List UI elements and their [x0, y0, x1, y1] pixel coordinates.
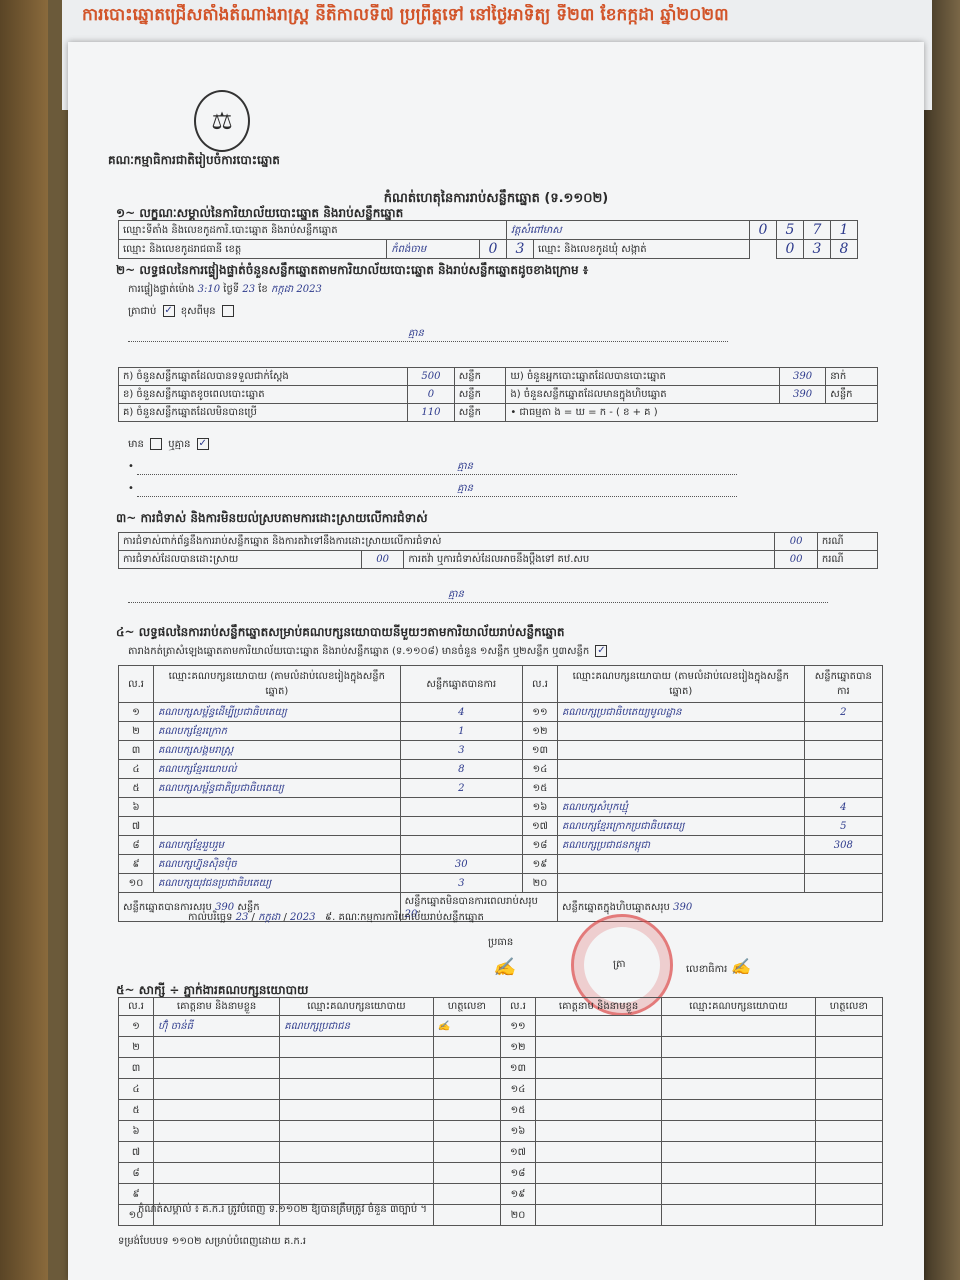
party-name — [154, 798, 401, 817]
col-party: ឈ្មោះគណបក្សនយោបាយ (តាមលំដាប់លេខរៀងក្នុងស… — [154, 666, 401, 703]
discrepancy-line: មាន ឬគ្មាន ✓ — [128, 437, 884, 452]
witness-name — [535, 1100, 661, 1121]
station-value: វត្តសំពៅមាស — [506, 221, 749, 240]
party-name — [154, 817, 401, 836]
col-party: ឈ្មោះគណបក្សនយោបាយ — [662, 998, 815, 1016]
party-no: ១២ — [522, 722, 557, 741]
date-label: កាលបរិច្ឆេទ — [188, 912, 232, 923]
unit: សន្លឹក — [454, 404, 506, 422]
witness-name — [154, 1163, 280, 1184]
party-no: ១៥ — [522, 779, 557, 798]
witness-signature — [433, 1100, 500, 1121]
total-invalid-label: សន្លឹកឆ្នោតមិនបានការពេលរាប់សរុប — [405, 896, 538, 907]
party-no: ១៨ — [522, 836, 557, 855]
witness-no: ៨ — [119, 1163, 154, 1184]
witness-party — [280, 1037, 433, 1058]
party-no: ១៩ — [522, 855, 557, 874]
witness-party — [280, 1079, 433, 1100]
section3-title: ៣~ ការជំទាស់ និងការមិនយល់ស្របតាមការដោះស្… — [116, 510, 428, 528]
province-code-digit: 0 — [479, 240, 506, 259]
witness-no: ១៤ — [500, 1079, 535, 1100]
party-votes — [400, 798, 522, 817]
party-votes — [804, 779, 882, 798]
complaints-table: ការជំទាស់ពាក់ព័ន្ធនឹងការរាប់សន្លឹកឆ្នោត … — [118, 532, 878, 569]
witness-signature — [433, 1121, 500, 1142]
date-day: 23 — [236, 912, 249, 923]
witness-party — [280, 1121, 433, 1142]
ballots-received: 500 — [408, 368, 454, 386]
witness-signature — [433, 1037, 500, 1058]
witness-signature — [815, 1142, 882, 1163]
party-votes — [804, 874, 882, 893]
party-name — [557, 760, 804, 779]
sheet-count-text: តារាងកត់ត្រាសំឡេងឆ្នោតតាមការិយាល័យបោះឆ្ន… — [128, 646, 589, 657]
witness-no: ១២ — [500, 1037, 535, 1058]
witness-no: ១៣ — [500, 1058, 535, 1079]
party-no: ១៦ — [522, 798, 557, 817]
witness-no: ១៥ — [500, 1100, 535, 1121]
party-votes — [400, 836, 522, 855]
party-no: ១៧ — [522, 817, 557, 836]
unit: ករណី — [817, 551, 877, 569]
col-votes: សន្លឹកឆ្នោតបានការ — [804, 666, 882, 703]
row-label: ង) ចំនួនសន្លឹកឆ្នោតដែលមានក្នុងហិបឆ្នោត — [506, 386, 779, 404]
party-votes: 308 — [804, 836, 882, 855]
note1-value: គ្មាន — [457, 461, 473, 472]
table-row: ៧១៧ — [119, 1142, 883, 1163]
table-row: ៥គណបក្សសម្ព័ន្ធជាតិប្រជាធិបតេយ្យ2១៥ — [119, 779, 883, 798]
section2-title: ២~ លទ្ធផលនៃការផ្ទៀងផ្ទាត់ចំនួនសន្លឹកឆ្នោ… — [116, 262, 588, 280]
col-party: ឈ្មោះគណបក្សនយោបាយ (តាមលំដាប់លេខរៀងក្នុងស… — [557, 666, 804, 703]
secretary-label: លេខាធិការ — [686, 964, 727, 975]
committee-label: ៩. គណៈកម្មការការិយាល័យរាប់សន្លឹកឆ្នោត — [325, 912, 484, 923]
col-no: ល.រ — [119, 666, 154, 703]
party-no: ៩ — [119, 855, 154, 874]
section4-title: ៤~ លទ្ធផលនៃការរាប់សន្លឹកឆ្នោតសម្រាប់គណបក… — [116, 624, 565, 642]
irregularity-note: គ្មាន — [448, 589, 464, 600]
party-no: ១៣ — [522, 741, 557, 760]
count-time-line: ការផ្ទៀងផ្ទាត់ម៉ោង 3:10 ថ្ងៃទី 23 ខែ កក្… — [128, 282, 884, 297]
form-reference: ទម្រង់បែបបទ ១១០២ សម្រាប់បំពេញដោយ គ.ក.រ — [118, 1234, 884, 1249]
witness-party — [280, 1100, 433, 1121]
seal-diff-checkbox[interactable] — [222, 305, 234, 317]
witness-no: ២ — [119, 1037, 154, 1058]
station-label: ឈ្មោះទីតាំង និងលេខកូដការិ.បោះឆ្នោត និងរា… — [119, 221, 507, 240]
row-label: ក) ចំនួនសន្លឹកឆ្នោតដែលបានទទួលជាក់ស្តែង — [119, 368, 408, 386]
witness-signature — [815, 1016, 882, 1037]
station-code-digit: 1 — [831, 221, 858, 240]
witness-signature — [433, 1142, 500, 1163]
province-code-digit: 3 — [506, 240, 533, 259]
col-sign: ហត្ថលេខា — [433, 998, 500, 1016]
witness-name — [535, 1079, 661, 1100]
party-name: គណបក្សសំបុកឃ្មុំ — [557, 798, 804, 817]
party-name: គណបក្សខ្មែរក្រោក — [154, 722, 401, 741]
resolved-label: ការជំទាស់ដែលបានដោះស្រាយ — [119, 551, 362, 569]
unit: នាក់ — [826, 368, 878, 386]
witness-name — [535, 1142, 661, 1163]
witness-name — [535, 1121, 661, 1142]
party-name — [557, 741, 804, 760]
row-label: ឃ) ចំនួនអ្នកបោះឆ្នោតដែលបានបោះឆ្នោត — [506, 368, 779, 386]
witness-signature — [815, 1121, 882, 1142]
party-name: គណបក្សសម្ព័ន្ធជាតិប្រជាធិបតេយ្យ — [154, 779, 401, 798]
note2-value: គ្មាន — [457, 483, 473, 494]
note1-line: • គ្មាន — [128, 459, 884, 475]
table-row: គ) ចំនួនសន្លឹកឆ្នោតដែលមិនបានប្រើ 110 សន្… — [119, 404, 878, 422]
commune-label: ឈ្មោះ និងលេខកូដឃុំ សង្កាត់ — [533, 240, 749, 259]
witness-no: ១ — [119, 1016, 154, 1037]
col-party: ឈ្មោះគណបក្សនយោបាយ — [280, 998, 433, 1016]
party-votes: 3 — [400, 741, 522, 760]
party-votes: 4 — [400, 703, 522, 722]
witness-signature — [815, 1100, 882, 1121]
diff-note-line: គ្មាន — [128, 326, 884, 342]
witness-name — [154, 1100, 280, 1121]
party-votes — [804, 760, 882, 779]
ballot-count-table: ក) ចំនួនសន្លឹកឆ្នោតដែលបានទទួលជាក់ស្តែង 5… — [118, 367, 878, 422]
table-row: ៨គណបក្សខ្មែររួបរួម១៨គណបក្សប្រជាជនកម្ពុជា… — [119, 836, 883, 855]
party-no: ៥ — [119, 779, 154, 798]
witness-signature — [433, 1079, 500, 1100]
party-name: គណបក្សសម្ព័ន្ធដើម្បីប្រជាធិបតេយ្យ — [154, 703, 401, 722]
party-name — [557, 874, 804, 893]
party-name: គណបក្សប្រជាធិបតេយ្យមូលដ្ឋាន — [557, 703, 804, 722]
witness-party: គណបក្សប្រជាជន — [280, 1016, 433, 1037]
table-row: ៧១៧គណបក្សខ្មែរក្រោកប្រជាធិបតេយ្យ5 — [119, 817, 883, 836]
table-row: ១ហ៊ុំ ចាន់ធីគណបក្សប្រជាជន✍១១ — [119, 1016, 883, 1037]
witness-no: ៣ — [119, 1058, 154, 1079]
witness-no: ៧ — [119, 1142, 154, 1163]
party-no: ១ — [119, 703, 154, 722]
table-row: ៣១៣ — [119, 1058, 883, 1079]
election-banner: ការបោះឆ្នោតជ្រើសតាំងតំណាងរាស្ត្រ នីតិកាល… — [82, 4, 912, 29]
party-name: គណបក្សខ្មែរក្រោកប្រជាធិបតេយ្យ — [557, 817, 804, 836]
party-no: ២០ — [522, 874, 557, 893]
col-sign: ហត្ថលេខា — [815, 998, 882, 1016]
footer-note: កំណត់សម្គាល់ ៖ គ.ក.រ ត្រូវបំពេញ ទ.១១០២ ឱ… — [138, 1202, 884, 1217]
party-no: ៦ — [119, 798, 154, 817]
appeal-label: ការតវ៉ា ឬការជំទាស់ដែលអាចនឹងប្ដឹងទៅ គឋ.សប — [404, 551, 775, 569]
has-diff-no-checkbox[interactable]: ✓ — [197, 438, 209, 450]
unit: សន្លឹក — [826, 386, 878, 404]
table-row: ៥១៥ — [119, 1100, 883, 1121]
table-row: ១គណបក្សសម្ព័ន្ធដើម្បីប្រជាធិបតេយ្យ4១១គណប… — [119, 703, 883, 722]
commune-code-digit: 0 — [777, 240, 804, 259]
witness-no: ១៦ — [500, 1121, 535, 1142]
witness-party — [662, 1142, 815, 1163]
witness-name — [535, 1163, 661, 1184]
wall-background-right — [920, 0, 960, 1280]
party-no: ៨ — [119, 836, 154, 855]
nec-logo-icon: ⚖ — [194, 90, 250, 152]
witness-party — [280, 1163, 433, 1184]
witness-party — [662, 1079, 815, 1100]
table-row: ៣គណបក្សសង្គមរាស្ត្រ3១៣ — [119, 741, 883, 760]
wall-background-left — [0, 0, 48, 1280]
witness-party — [662, 1058, 815, 1079]
witness-party — [662, 1037, 815, 1058]
party-votes: 4 — [804, 798, 882, 817]
witness-signature — [815, 1058, 882, 1079]
party-no: ៧ — [119, 817, 154, 836]
party-votes — [400, 817, 522, 836]
province-value: កំពង់ចាម — [387, 240, 480, 259]
appeal-count: 00 — [775, 551, 817, 569]
station-code-digit: 5 — [777, 221, 804, 240]
witness-party — [662, 1163, 815, 1184]
diff-note-value: គ្មាន — [408, 328, 424, 339]
witness-name — [535, 1037, 661, 1058]
party-name — [557, 779, 804, 798]
party-votes: 2 — [804, 703, 882, 722]
witness-name — [154, 1142, 280, 1163]
witness-name: ហ៊ុំ ចាន់ធី — [154, 1016, 280, 1037]
unit: ករណី — [817, 533, 877, 551]
table-row: ការជំទាស់ពាក់ព័ន្ធនឹងការរាប់សន្លឹកឆ្នោត … — [119, 533, 878, 551]
witness-table: ល.រ គោត្តនាម និងនាមខ្លួន ឈ្មោះគណបក្សនយោប… — [118, 997, 883, 1226]
witness-party — [280, 1058, 433, 1079]
witness-no: ១១ — [500, 1016, 535, 1037]
party-name: គណបក្សខ្មែររួបរួម — [154, 836, 401, 855]
witness-no: ៥ — [119, 1100, 154, 1121]
party-votes — [804, 855, 882, 874]
unit: សន្លឹក — [454, 386, 506, 404]
station-id-table: ឈ្មោះទីតាំង និងលេខកូដការិ.បោះឆ្នោត និងរា… — [118, 220, 858, 259]
voters-voted: 390 — [779, 368, 825, 386]
witness-no: ១៨ — [500, 1163, 535, 1184]
witness-name — [154, 1079, 280, 1100]
party-name: គណបក្សយុវជនប្រជាធិបតេយ្យ — [154, 874, 401, 893]
party-votes: 8 — [400, 760, 522, 779]
witness-name — [154, 1121, 280, 1142]
table-row: ៩គណបក្សហ្វ៊ុនស៊ិនប៉ិច30១៩ — [119, 855, 883, 874]
table-row: ២គណបក្សខ្មែរក្រោក1១២ — [119, 722, 883, 741]
party-name: គណបក្សប្រជាជនកម្ពុជា — [557, 836, 804, 855]
witness-party — [662, 1100, 815, 1121]
witness-signature — [815, 1163, 882, 1184]
irregularity-note-line: គ្មាន — [128, 587, 884, 603]
party-name — [557, 855, 804, 874]
secretary-signature: ✍ — [730, 957, 750, 976]
party-results-table: ល.រ ឈ្មោះគណបក្សនយោបាយ (តាមលំដាប់លេខរៀងក្… — [118, 665, 883, 922]
party-no: ៤ — [119, 760, 154, 779]
party-no: ១១ — [522, 703, 557, 722]
party-votes — [804, 741, 882, 760]
witness-signature — [815, 1037, 882, 1058]
resolved-count: 00 — [361, 551, 403, 569]
count-time: 3:10 — [198, 284, 220, 295]
party-votes: 30 — [400, 855, 522, 874]
party-name — [557, 722, 804, 741]
sheet-count-line: តារាងកត់ត្រាសំឡេងឆ្នោតតាមការិយាល័យបោះឆ្ន… — [128, 644, 884, 659]
table-row: ៤គណបក្សខ្មែរយោបល់8១៤ — [119, 760, 883, 779]
station-code-digit: 0 — [750, 221, 777, 240]
ballots-in-box: 390 — [779, 386, 825, 404]
party-votes: 1 — [400, 722, 522, 741]
party-no: ១៤ — [522, 760, 557, 779]
witness-name — [154, 1058, 280, 1079]
commune-code-digit: 8 — [831, 240, 858, 259]
witness-name — [535, 1058, 661, 1079]
secretary-line: លេខាធិការ ✍ — [686, 957, 884, 977]
witness-party — [662, 1016, 815, 1037]
party-votes: 2 — [400, 779, 522, 798]
party-votes: 5 — [804, 817, 882, 836]
date-year: 2023 — [290, 912, 315, 923]
table-row: ៤១៤ — [119, 1079, 883, 1100]
party-votes — [804, 722, 882, 741]
col-name: គោត្តនាម និងនាមខ្លួន — [154, 998, 280, 1016]
formula-note: • ជាធម្មតា ង = ឃ = ក - ( ខ + គ ) — [506, 404, 878, 422]
witness-name — [154, 1037, 280, 1058]
table-row: ៦១៦គណបក្សសំបុកឃ្មុំ4 — [119, 798, 883, 817]
seal-match-checkbox[interactable]: ✓ — [163, 305, 175, 317]
table-row: ខ) ចំនួនសន្លឹកឆ្នោតខូចពេលបោះឆ្នោត 0 សន្ល… — [119, 386, 878, 404]
date-line: កាលបរិច្ឆេទ 23 / កក្កដា / 2023 ៩. គណៈកម្… — [188, 910, 884, 925]
table-row: ៨១៨ — [119, 1163, 883, 1184]
table-row: ក) ចំនួនសន្លឹកឆ្នោតដែលបានទទួលជាក់ស្តែង 5… — [119, 368, 878, 386]
col-no: ល.រ — [119, 998, 154, 1016]
commune-code-digit: 3 — [804, 240, 831, 259]
station-code-digit: 7 — [804, 221, 831, 240]
witness-no: ១៧ — [500, 1142, 535, 1163]
col-no: ល.រ — [522, 666, 557, 703]
table-row: ១០គណបក្សយុវជនប្រជាធិបតេយ្យ3២០ — [119, 874, 883, 893]
row-label: គ) ចំនួនសន្លឹកឆ្នោតដែលមិនបានប្រើ — [119, 404, 408, 422]
ballots-spoiled: 0 — [408, 386, 454, 404]
witness-signature: ✍ — [433, 1016, 500, 1037]
witness-party — [280, 1142, 433, 1163]
witness-party — [662, 1121, 815, 1142]
chair-label: ប្រធាន — [488, 935, 884, 950]
col-name: គោត្តនាម និងនាមខ្លួន — [535, 998, 661, 1016]
province-label: ឈ្មោះ និងលេខកូដរាជធានី ខេត្ត — [119, 240, 387, 259]
count-month-year: កក្កដា 2023 — [271, 284, 322, 295]
party-no: ៣ — [119, 741, 154, 760]
organization-name: គណៈកម្មាធិការជាតិរៀបចំការបោះឆ្នោត — [108, 152, 280, 170]
witness-signature — [815, 1079, 882, 1100]
count-day: 23 — [242, 284, 255, 295]
unit: សន្លឹក — [454, 368, 506, 386]
col-votes: សន្លឹកឆ្នោតបានការ — [400, 666, 522, 703]
note2-line: • គ្មាន — [128, 481, 884, 497]
seal-check-line: ត្រាជាប់ ✓ ខុសពីមុន — [128, 304, 884, 319]
party-votes: 3 — [400, 874, 522, 893]
sheets-2-checkbox[interactable]: ✓ — [595, 645, 607, 657]
witness-signature — [433, 1163, 500, 1184]
party-name: គណបក្សហ្វ៊ុនស៊ិនប៉ិច — [154, 855, 401, 874]
party-no: ១០ — [119, 874, 154, 893]
table-row: ការជំទាស់ដែលបានដោះស្រាយ 00 ការតវ៉ា ឬការជ… — [119, 551, 878, 569]
witness-signature — [433, 1058, 500, 1079]
has-diff-yes-checkbox[interactable] — [150, 438, 162, 450]
ballots-unused: 110 — [408, 404, 454, 422]
counting-report-form: ⚖ គណៈកម្មាធិការជាតិរៀបចំការបោះឆ្នោត កំណត… — [68, 42, 924, 1280]
complaint-label: ការជំទាស់ពាក់ព័ន្ធនឹងការរាប់សន្លឹកឆ្នោត … — [119, 533, 775, 551]
party-name: គណបក្សខ្មែរយោបល់ — [154, 760, 401, 779]
row-label: ខ) ចំនួនសន្លឹកឆ្នោតខូចពេលបោះឆ្នោត — [119, 386, 408, 404]
witness-no: ៤ — [119, 1079, 154, 1100]
complaint-count: 00 — [775, 533, 817, 551]
date-month: កក្កដា — [258, 912, 280, 923]
table-row: ២១២ — [119, 1037, 883, 1058]
party-no: ២ — [119, 722, 154, 741]
witness-no: ៦ — [119, 1121, 154, 1142]
table-row: ៦១៦ — [119, 1121, 883, 1142]
witness-name — [535, 1016, 661, 1037]
col-no: ល.រ — [500, 998, 535, 1016]
party-name: គណបក្សសង្គមរាស្ត្រ — [154, 741, 401, 760]
